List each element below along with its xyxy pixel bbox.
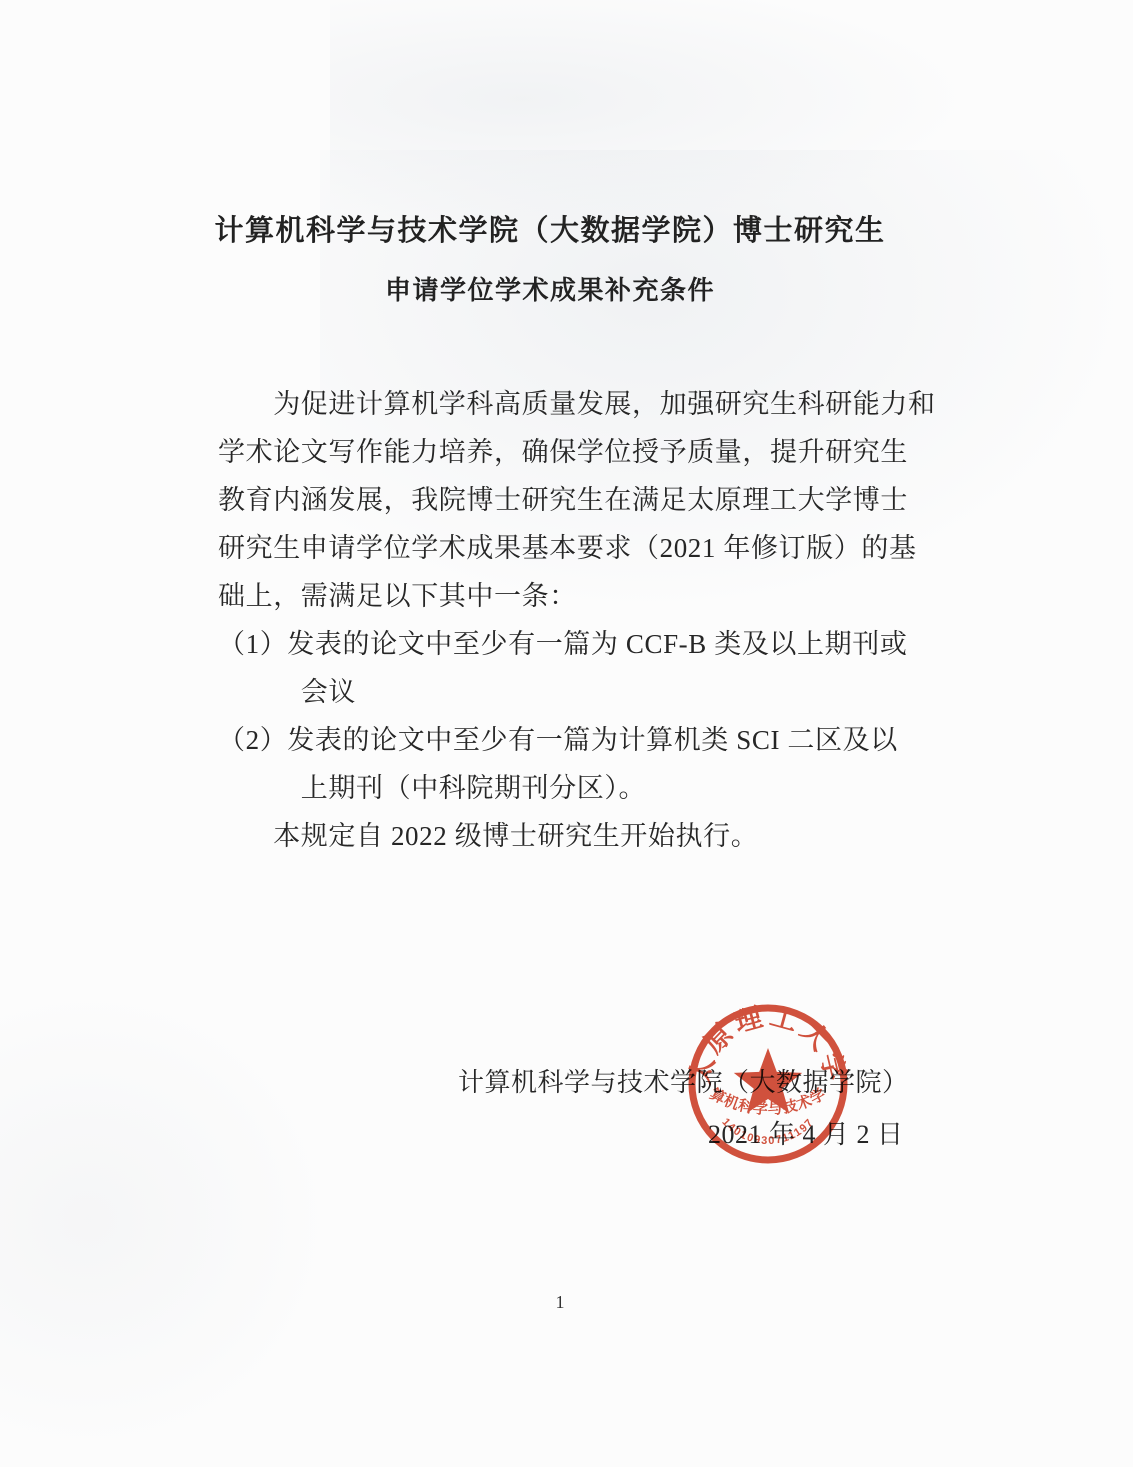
body-line: 研究生申请学位学术成果基本要求（2021 年修订版）的基 [218,524,918,572]
document-page: 计算机科学与技术学院（大数据学院）博士研究生 申请学位学术成果补充条件 为促进计… [0,0,1133,1467]
document-title-line1: 计算机科学与技术学院（大数据学院）博士研究生 [180,213,920,249]
document-body: 为促进计算机学科高质量发展，加强研究生科研能力和 学术论文写作能力培养，确保学位… [218,380,918,860]
body-line-closing: 本规定自 2022 级博士研究生开始执行。 [218,812,918,860]
body-line-list-item-2: （2）发表的论文中至少有一篇为计算机类 SCI 二区及以 [218,716,918,764]
body-line: 学术论文写作能力培养，确保学位授予质量，提升研究生 [218,428,918,476]
signature-college: 计算机科学与技术学院（大数据学院） [458,1062,909,1099]
scan-shading [0,980,340,1460]
body-line: 为促进计算机学科高质量发展，加强研究生科研能力和 [218,380,918,428]
body-line: 础上，需满足以下其中一条： [218,572,918,620]
body-line-list-item-1-cont: 会议 [218,668,918,716]
scan-shading [330,0,970,220]
document-title-line2: 申请学位学术成果补充条件 [180,272,920,308]
body-line-list-item-2-cont: 上期刊（中科院期刊分区）。 [218,764,918,812]
body-line-list-item-1: （1）发表的论文中至少有一篇为 CCF-B 类及以上期刊或 [218,620,918,668]
body-line: 教育内涵发展，我院博士研究生在满足太原理工大学博士 [218,476,918,524]
signature-date: 2021 年 4 月 2 日 [708,1114,904,1151]
page-number: 1 [540,1292,580,1313]
document-title: 计算机科学与技术学院（大数据学院）博士研究生 申请学位学术成果补充条件 [180,213,920,308]
